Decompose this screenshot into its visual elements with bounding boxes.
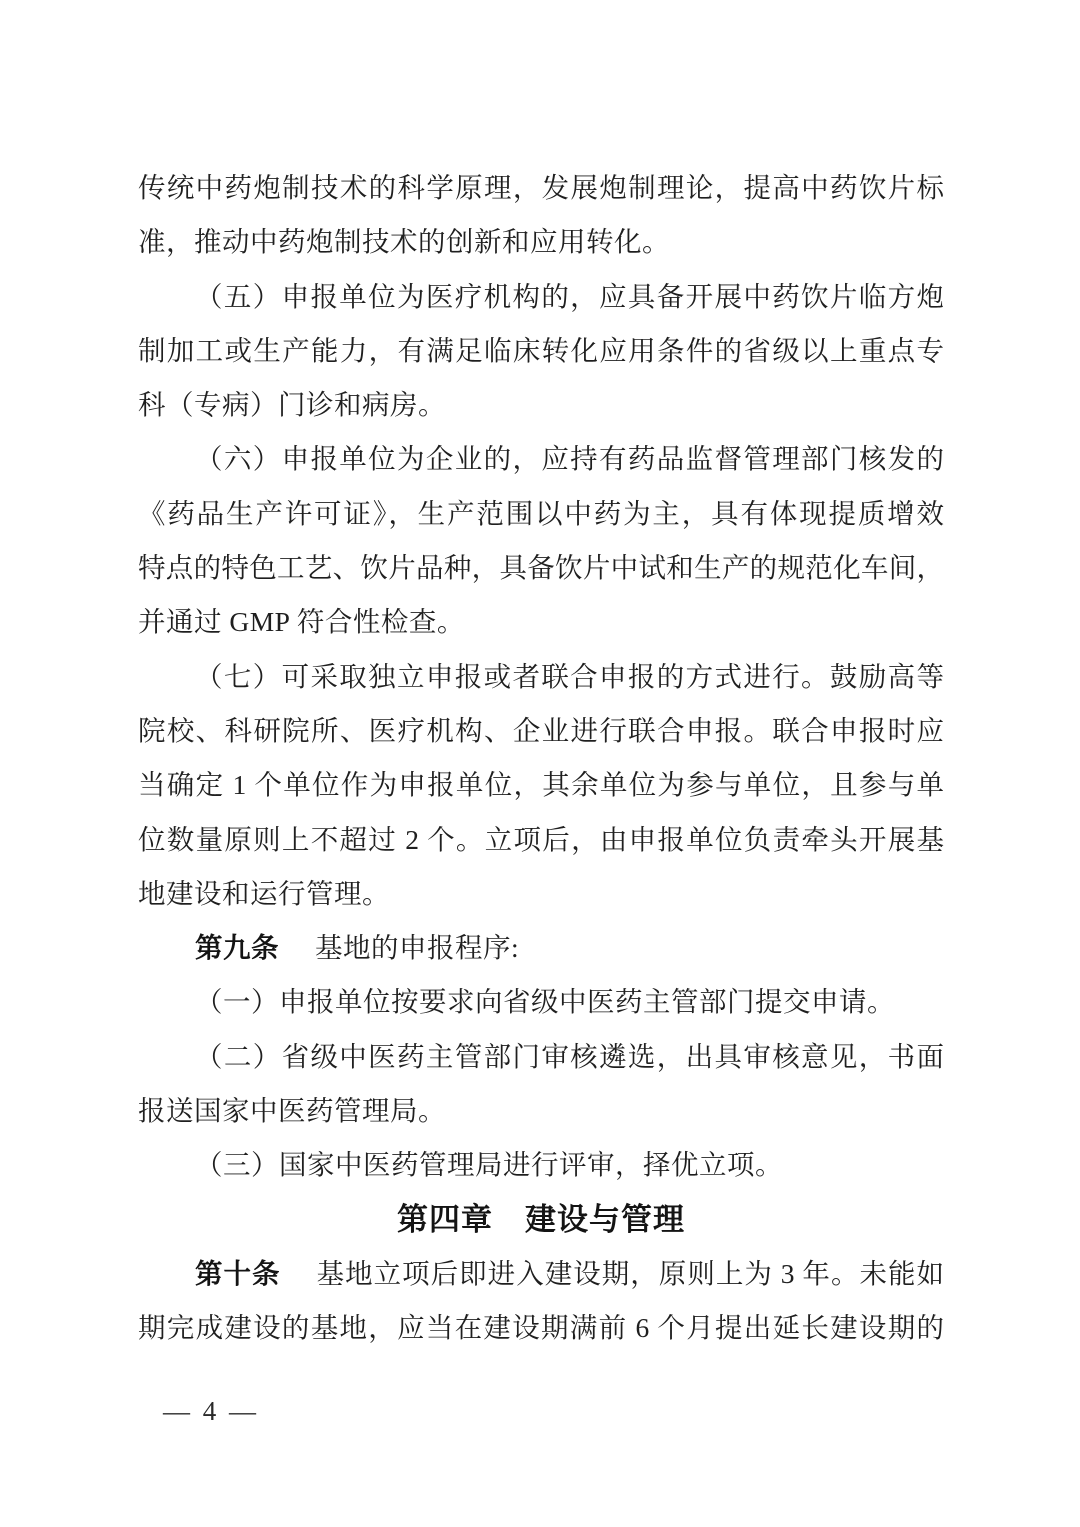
document-body: 传统中药炮制技术的科学原理，发展炮制理论，提高中药饮片标准，推动中药炮制技术的创… [138, 161, 944, 1356]
text-line: （三）国家中医药管理局进行评审，择优立项。 [138, 1138, 944, 1192]
document-page: 传统中药炮制技术的科学原理，发展炮制理论，提高中药饮片标准，推动中药炮制技术的创… [0, 0, 1080, 1527]
text-line: 特点的特色工艺、饮片品种，具备饮片中试和生产的规范化车间， [138, 541, 944, 595]
text-line: 当确定 1 个单位作为申报单位，其余单位为参与单位，且参与单 [138, 758, 944, 812]
text-line: 制加工或生产能力，有满足临床转化应用条件的省级以上重点专 [138, 324, 944, 378]
chapter-heading: 第四章 建设与管理 [138, 1193, 944, 1247]
text-line: （二）省级中医药主管部门审核遴选，出具审核意见，书面 [138, 1030, 944, 1084]
text-line: （七）可采取独立申报或者联合申报的方式进行。鼓励高等 [138, 650, 944, 704]
text-line: 并通过 GMP 符合性检查。 [138, 595, 944, 649]
page-number: — 4 — [163, 1396, 259, 1427]
text-line: 期完成建设的基地，应当在建设期满前 6 个月提出延长建设期的 [138, 1301, 944, 1355]
text-line: 第九条基地的申报程序: [138, 921, 944, 975]
text-line: 《药品生产许可证》，生产范围以中药为主，具有体现提质增效 [138, 487, 944, 541]
text-line: 准，推动中药炮制技术的创新和应用转化。 [138, 215, 944, 269]
text-line: 位数量原则上不超过 2 个。立项后，由申报单位负责牵头开展基 [138, 813, 944, 867]
article-number-label: 第十条 [195, 1258, 281, 1289]
text-line: （五）申报单位为医疗机构的，应具备开展中药饮片临方炮 [138, 270, 944, 324]
text-line: 科（专病）门诊和病房。 [138, 378, 944, 432]
text-line: 地建设和运行管理。 [138, 867, 944, 921]
article-number-label: 第九条 [195, 932, 279, 963]
text-line: 第十条基地立项后即进入建设期，原则上为 3 年。未能如 [138, 1247, 944, 1301]
text-line: （六）申报单位为企业的，应持有药品监督管理部门核发的 [138, 432, 944, 486]
text-line: 报送国家中医药管理局。 [138, 1084, 944, 1138]
text-line: （一）申报单位按要求向省级中医药主管部门提交申请。 [138, 975, 944, 1029]
text-line: 院校、科研院所、医疗机构、企业进行联合申报。联合申报时应 [138, 704, 944, 758]
text-line: 传统中药炮制技术的科学原理，发展炮制理论，提高中药饮片标 [138, 161, 944, 215]
